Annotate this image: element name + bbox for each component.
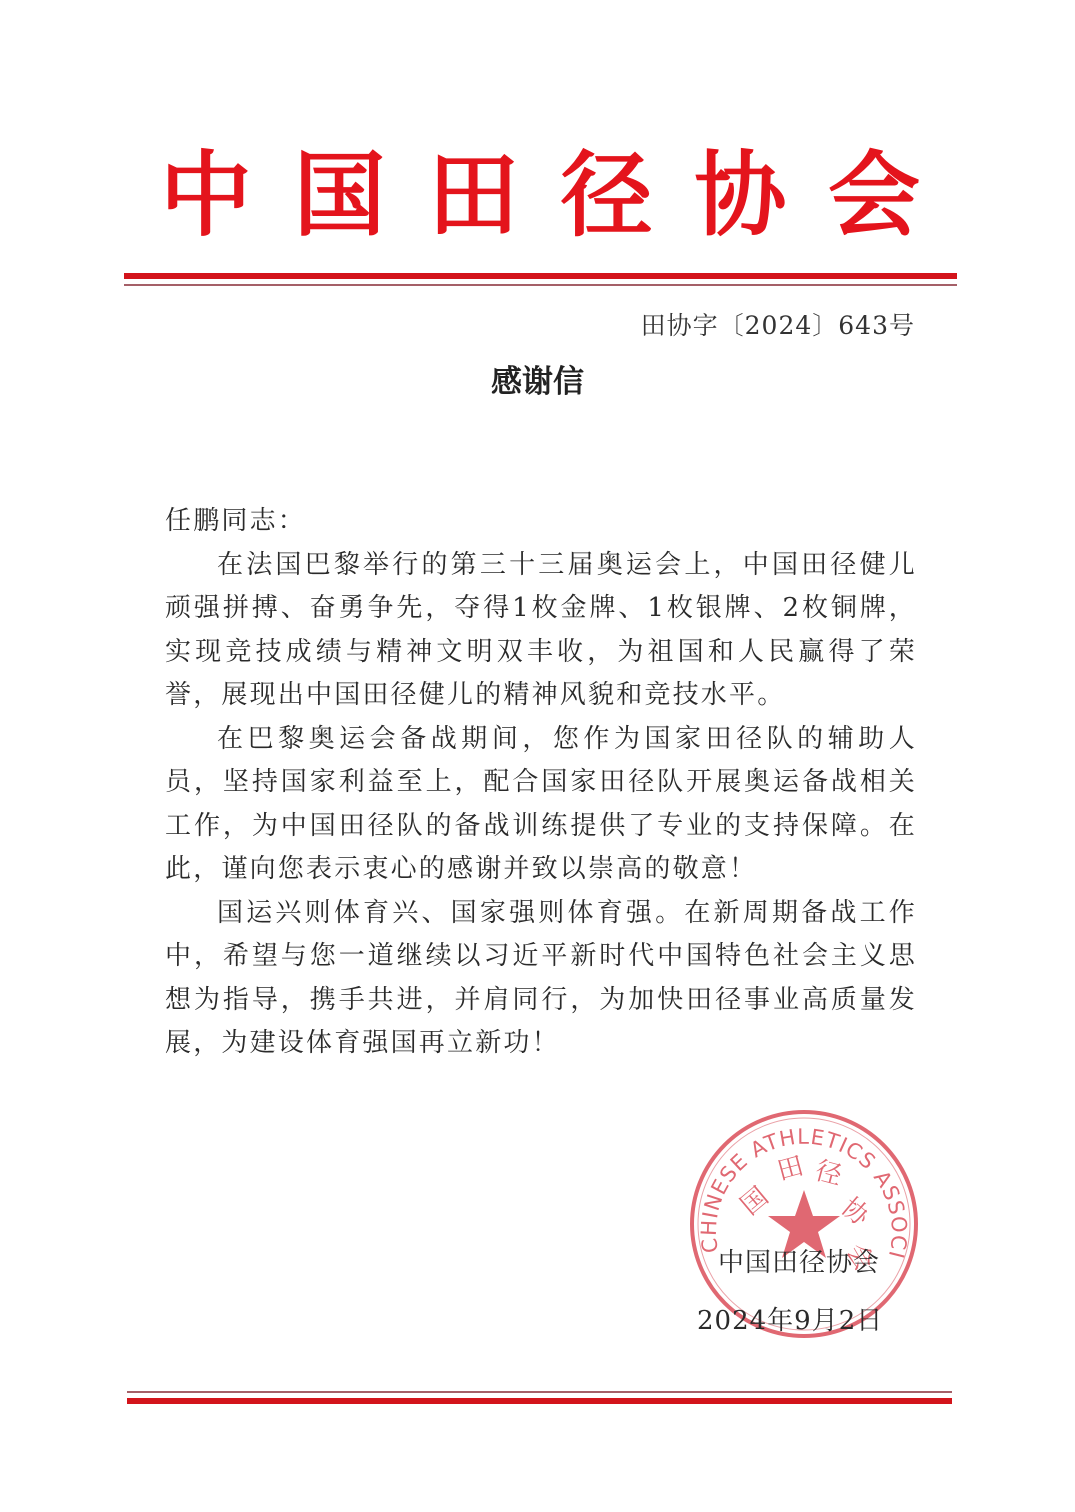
svg-text:径: 径 [812,1156,845,1192]
paragraph: 在巴黎奥运会备战期间，您作为国家田径队的辅助人员，坚持国家利益至上，配合国家田径… [165,718,917,892]
footer-divider-thin [127,1391,952,1393]
masthead-char: 国 [294,149,386,241]
footer-divider-thick [127,1398,952,1404]
masthead-char: 会 [828,149,920,241]
masthead-char: 中 [160,149,252,241]
letter-title: 感谢信 [0,356,1075,401]
masthead-title: 中 国 田 径 协 会 [160,140,920,250]
header-divider-thin [124,284,957,286]
svg-text:田: 田 [774,1151,807,1187]
salutation: 任鹏同志： [165,500,917,544]
svg-text:国: 国 [735,1182,774,1222]
letter-body: 任鹏同志： 在法国巴黎举行的第三十三届奥运会上，中国田径健儿顽强拼搏、奋勇争先，… [165,500,917,1066]
letter-date: 2024年9月2日 [697,1300,883,1337]
signer-name: 中国田径协会 [718,1242,880,1279]
svg-text:协: 协 [836,1192,876,1232]
document-number: 田协字〔2024〕643号 [641,306,915,342]
paragraph: 在法国巴黎举行的第三十三届奥运会上，中国田径健儿顽强拼搏、奋勇争先，夺得1枚金牌… [165,544,917,718]
masthead-char: 径 [561,149,653,241]
masthead-char: 协 [694,149,786,241]
paragraph: 国运兴则体育兴、国家强则体育强。在新周期备战工作中，希望与您一道继续以习近平新时… [165,892,917,1066]
masthead-char: 田 [427,149,519,241]
header-divider-thick [124,273,957,279]
